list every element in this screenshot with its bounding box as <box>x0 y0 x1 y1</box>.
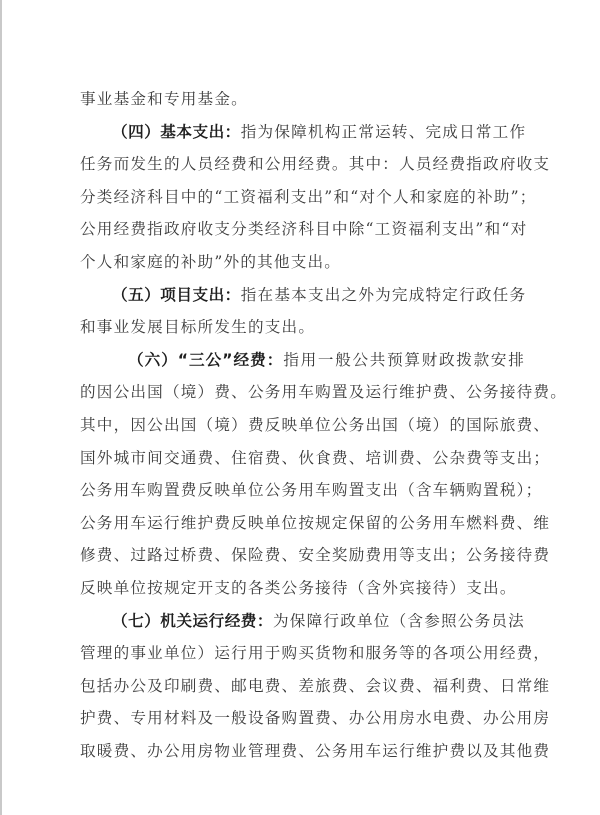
text-line: 包括办公及印刷费、邮电费、差旅费、会议费、福利费、日常维 <box>80 670 525 703</box>
text-line: 其中，因公出国（境）费反映单位公务出国（境）的国际旅费、 <box>80 409 525 442</box>
text-line: 公务用车运行维护费反映单位按规定保留的公务用车燃料费、维 <box>80 507 525 540</box>
section-term: （六）“三公”经费： <box>128 351 283 369</box>
text-line: 公务用车购置费反映单位公务用车购置支出（含车辆购置税）； <box>80 474 525 507</box>
section-term: （七）机关运行经费： <box>112 612 273 630</box>
text-line: 修费、过路过桥费、保险费、安全奖励费用等支出；公务接待费 <box>80 539 525 572</box>
section-text: 指用一般公共预算财政拨款安排 <box>283 351 525 369</box>
section-term: （四）基本支出： <box>112 123 241 141</box>
section-5-heading-line: （五）项目支出：指在基本支出之外为完成特定行政任务 <box>80 279 525 312</box>
text-line: 国外城市间交通费、住宿费、伙食费、培训费、公杂费等支出； <box>80 442 525 475</box>
text-line: 护费、专用材料及一般设备购置费、办公用房水电费、办公用房 <box>80 702 525 735</box>
text-line: 取暖费、办公用房物业管理费、公务用车运行维护费以及其他费 <box>80 735 525 768</box>
text-line: 个人和家庭的补助”外的其他支出。 <box>80 246 525 279</box>
text-line: 事业基金和专用基金。 <box>80 83 525 116</box>
section-4-heading-line: （四）基本支出：指为保障机构正常运转、完成日常工作 <box>80 116 525 149</box>
section-7-heading-line: （七）机关运行经费：为保障行政单位（含参照公务员法 <box>80 605 525 638</box>
page-edge <box>0 0 2 815</box>
text-line: 和事业发展目标所发生的支出。 <box>80 311 525 344</box>
text-line: 分类经济科目中的“工资福利支出”和“对个人和家庭的补助”； <box>80 181 525 214</box>
text-line: 任务而发生的人员经费和公用经费。其中：人员经费指政府收支 <box>80 148 525 181</box>
section-text: 为保障行政单位（含参照公务员法 <box>273 612 525 630</box>
section-text: 指在基本支出之外为完成特定行政任务 <box>241 286 527 304</box>
section-text: 指为保障机构正常运转、完成日常工作 <box>241 123 527 141</box>
section-term: （五）项目支出： <box>112 286 241 304</box>
document-body: 事业基金和专用基金。 （四）基本支出：指为保障机构正常运转、完成日常工作 任务而… <box>80 83 525 767</box>
section-6-heading-line: （六）“三公”经费：指用一般公共预算财政拨款安排 <box>80 344 525 377</box>
text-line: 管理的事业单位）运行用于购买货物和服务等的各项公用经费， <box>80 637 525 670</box>
text-line: 的因公出国（境）费、公务用车购置及运行维护费、公务接待费。 <box>80 376 525 409</box>
text-line: 公用经费指政府收支分类经济科目中除“工资福利支出”和“对 <box>80 213 525 246</box>
text-line: 反映单位按规定开支的各类公务接待（含外宾接待）支出。 <box>80 572 525 605</box>
